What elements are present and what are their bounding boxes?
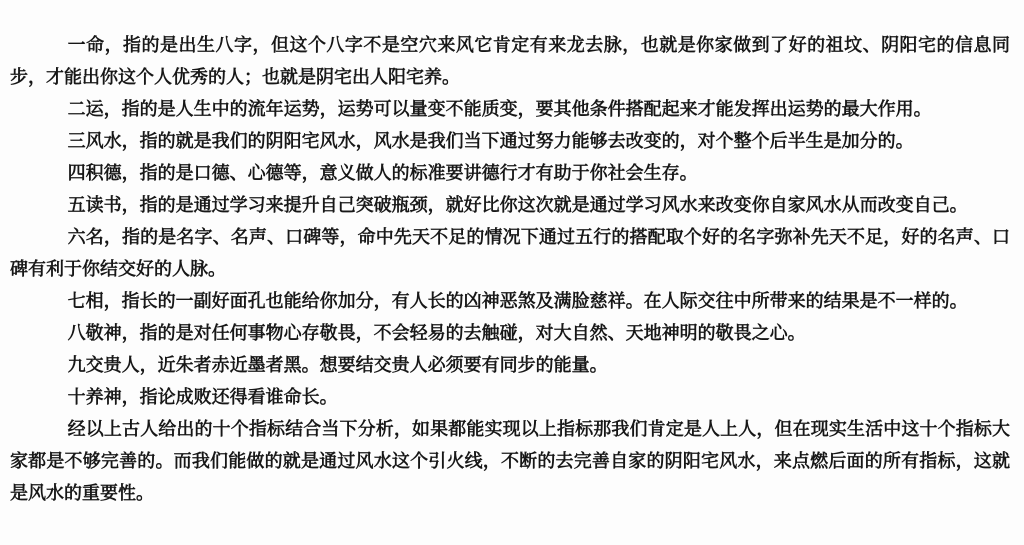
scanned-document-page: 一命，指的是出生八字，但这个八字不是空穴来风它肯定有来龙去脉，也就是你家做到了好…: [0, 0, 1024, 545]
paragraph-two-yun: 二运，指的是人生中的流年运势，运势可以量变不能质变，要其他条件搭配起来才能发挥出…: [10, 93, 1010, 125]
paragraph-one-ming: 一命，指的是出生八字，但这个八字不是空穴来风它肯定有来龙去脉，也就是你家做到了好…: [10, 29, 1010, 93]
paragraph-three-fengshui: 三风水，指的就是我们的阴阳宅风水，风水是我们当下通过努力能够去改变的，对个整个后…: [10, 125, 1010, 157]
paragraph-nine-guiren: 九交贵人，近朱者赤近墨者黑。想要结交贵人必须要有同步的能量。: [10, 349, 1010, 381]
paragraph-ten-yangshen: 十养神，指论成败还得看谁命长。: [10, 381, 1010, 413]
paragraph-conclusion: 经以上古人给出的十个指标结合当下分析，如果都能实现以上指标那我们肯定是人上人，但…: [10, 413, 1010, 509]
paragraph-four-jide: 四积德，指的是口德、心德等，意义做人的标准要讲德行才有助于你社会生存。: [10, 157, 1010, 189]
paragraph-seven-xiang: 七相，指长的一副好面孔也能给你加分，有人长的凶神恶煞及满脸慈祥。在人际交往中所带…: [10, 285, 1010, 317]
paragraph-eight-jingshen: 八敬神，指的是对任何事物心存敬畏，不会轻易的去触碰，对大自然、天地神明的敬畏之心…: [10, 317, 1010, 349]
paragraph-six-ming: 六名，指的是名字、名声、口碑等，命中先天不足的情况下通过五行的搭配取个好的名字弥…: [10, 221, 1010, 285]
paragraph-five-dushu: 五读书，指的是通过学习来提升自己突破瓶颈，就好比你这次就是通过学习风水来改变你自…: [10, 189, 1010, 221]
document-body: 一命，指的是出生八字，但这个八字不是空穴来风它肯定有来龙去脉，也就是你家做到了好…: [10, 29, 1010, 509]
